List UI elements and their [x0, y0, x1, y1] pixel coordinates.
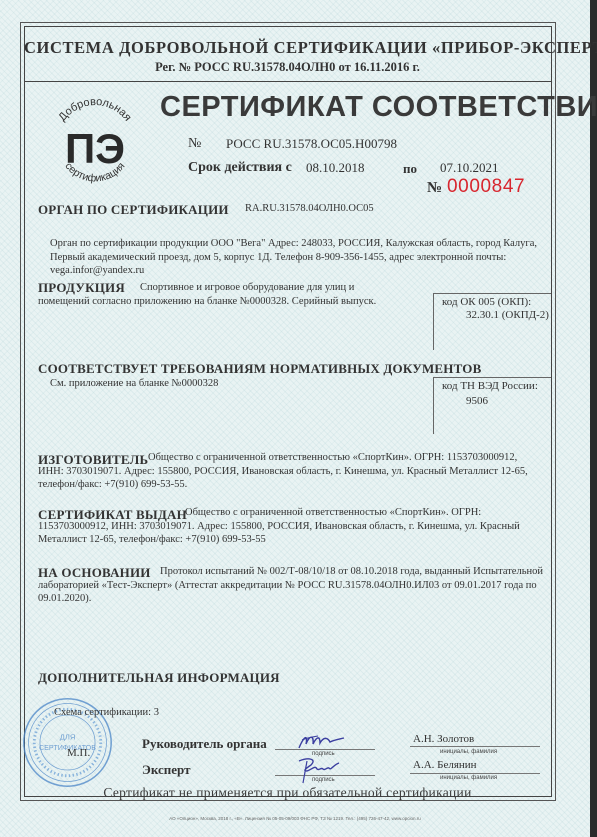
printer-imprint: АО «Опцион», Москва, 2018 г., «В». Лицен… [0, 816, 590, 821]
certification-body-label: ОРГАН ПО СЕРТИФИКАЦИИ [38, 202, 229, 218]
certification-body-code: RA.RU.31578.04ОЛН0.ОС05 [245, 203, 374, 214]
certification-body-text: Орган по сертификации продукции ООО "Вег… [50, 237, 550, 278]
compliance-label: СООТВЕТСТВУЕТ ТРЕБОВАНИЯМ НОРМАТИВНЫХ ДО… [38, 361, 481, 377]
expert-label: Эксперт [142, 762, 190, 778]
certificate-number-label: № [188, 136, 201, 152]
expert-name-line [410, 773, 540, 774]
expert-name-caption: инициалы, фамилия [440, 775, 497, 781]
scan-edge [590, 0, 597, 837]
validity-label: Срок действия с [188, 160, 292, 176]
head-name: А.Н. Золотов [413, 733, 474, 745]
basis-text: Протокол испытаний № 002/Т-08/10/18 от 0… [38, 565, 548, 606]
svg-text:ДЛЯ: ДЛЯ [60, 733, 76, 742]
certificate-number: РОСС RU.31578.ОС05.Н00798 [226, 136, 397, 152]
head-of-body-label: Руководитель органа [142, 736, 267, 752]
expert-name: А.А. Белянин [413, 759, 477, 771]
svg-text:Добровольная: Добровольная [56, 96, 133, 124]
expert-signature-icon [295, 755, 343, 785]
valid-from: 08.10.2018 [306, 160, 365, 176]
stamp-place-label: М.П. [67, 747, 90, 759]
tn-ved-code-value: 9506 [466, 395, 488, 407]
okp-code-value: 32.30.1 (ОКПД-2) [466, 309, 549, 321]
blank-number: 0000847 [447, 176, 525, 198]
system-title: СИСТЕМА ДОБРОВОЛЬНОЙ СЕРТИФИКАЦИИ «ПРИБО… [24, 38, 551, 58]
valid-to-label: по [403, 161, 417, 177]
valid-to: 07.10.2021 [440, 160, 499, 176]
okp-code-label: код ОК 005 (ОКП): [442, 296, 531, 308]
head-signature-icon [296, 730, 346, 754]
head-name-caption: инициалы, фамилия [440, 749, 497, 755]
certification-scheme: Схема сертификации: 3 [54, 707, 159, 718]
system-registration: Рег. № РОСС RU.31578.04ОЛН0 от 16.11.201… [24, 60, 551, 75]
issued-to-text: Общество с ограниченной ответственностью… [38, 506, 548, 547]
certificate-title: СЕРТИФИКАТ СООТВЕТСТВИЯ [160, 91, 597, 124]
disclaimer: Сертификат не применяется при обязательн… [24, 785, 551, 801]
okp-code-box: код ОК 005 (ОКП): 32.30.1 (ОКПД-2) [433, 293, 551, 350]
head-name-line [410, 746, 540, 747]
manufacturer-text: Общество с ограниченной ответственностью… [38, 451, 538, 492]
compliance-text: См. приложение на бланке №0000328 [50, 377, 218, 391]
additional-info-label: ДОПОЛНИТЕЛЬНАЯ ИНФОРМАЦИЯ [38, 670, 280, 686]
blank-number-label: № [427, 180, 442, 197]
tn-ved-code-box: код ТН ВЭД России: 9506 [433, 377, 551, 434]
product-text: Спортивное и игровое оборудование для ул… [38, 281, 378, 308]
tn-ved-code-label: код ТН ВЭД России: [442, 380, 538, 392]
header-divider [24, 81, 551, 82]
pe-logo-icon: Добровольная ПЭ сертификация [45, 95, 145, 190]
